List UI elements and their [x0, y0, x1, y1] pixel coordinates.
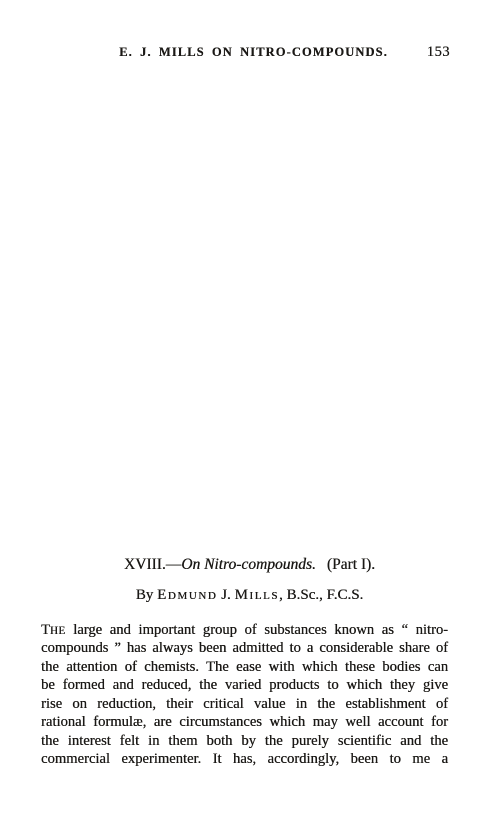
article-title-number: XVIII.— [124, 556, 181, 573]
paragraph-line: the attention of chemists. The ease with… [41, 658, 448, 676]
running-head: E. J. MILLS ON NITRO-COMPOUNDS. [50, 45, 457, 60]
page-number: 153 [427, 44, 450, 61]
paragraph-line: commercial experimenter. It has, accordi… [41, 750, 448, 768]
byline-credentials: , B.Sc., F.C.S. [279, 587, 363, 603]
byline-middle-initial: J. [217, 587, 234, 603]
scanned-paper-page: E. J. MILLS ON NITRO-COMPOUNDS. 153 XVII… [0, 0, 500, 825]
paragraph-line: THE large and important group of substan… [41, 621, 448, 639]
byline-first-name: Edmund [157, 587, 217, 603]
paragraph-line: be formed and reduced, the varied produc… [41, 676, 448, 694]
article-title-part: (Part I). [327, 556, 375, 573]
paragraph-line: the interest felt in them both by the pu… [41, 732, 448, 750]
article-title-name: On Nitro-compounds. [181, 556, 316, 573]
paragraph-line: rise on reduction, their critical value … [41, 695, 448, 713]
article-title: XVIII.—On Nitro-compounds.(Part I). [46, 556, 453, 574]
lead-capital: T [41, 622, 50, 638]
paragraph-line: compounds ” has always been admitted to … [41, 639, 448, 657]
byline: By Edmund J. Mills, B.Sc., F.C.S. [46, 587, 453, 604]
paragraph-line: rational formulæ, are circumstances whic… [41, 713, 448, 731]
byline-prefix: By [136, 587, 157, 603]
byline-last-name: Mills [234, 587, 279, 603]
lead-small-caps: HE [50, 625, 66, 637]
body-paragraph: THE large and important group of substan… [41, 621, 448, 769]
